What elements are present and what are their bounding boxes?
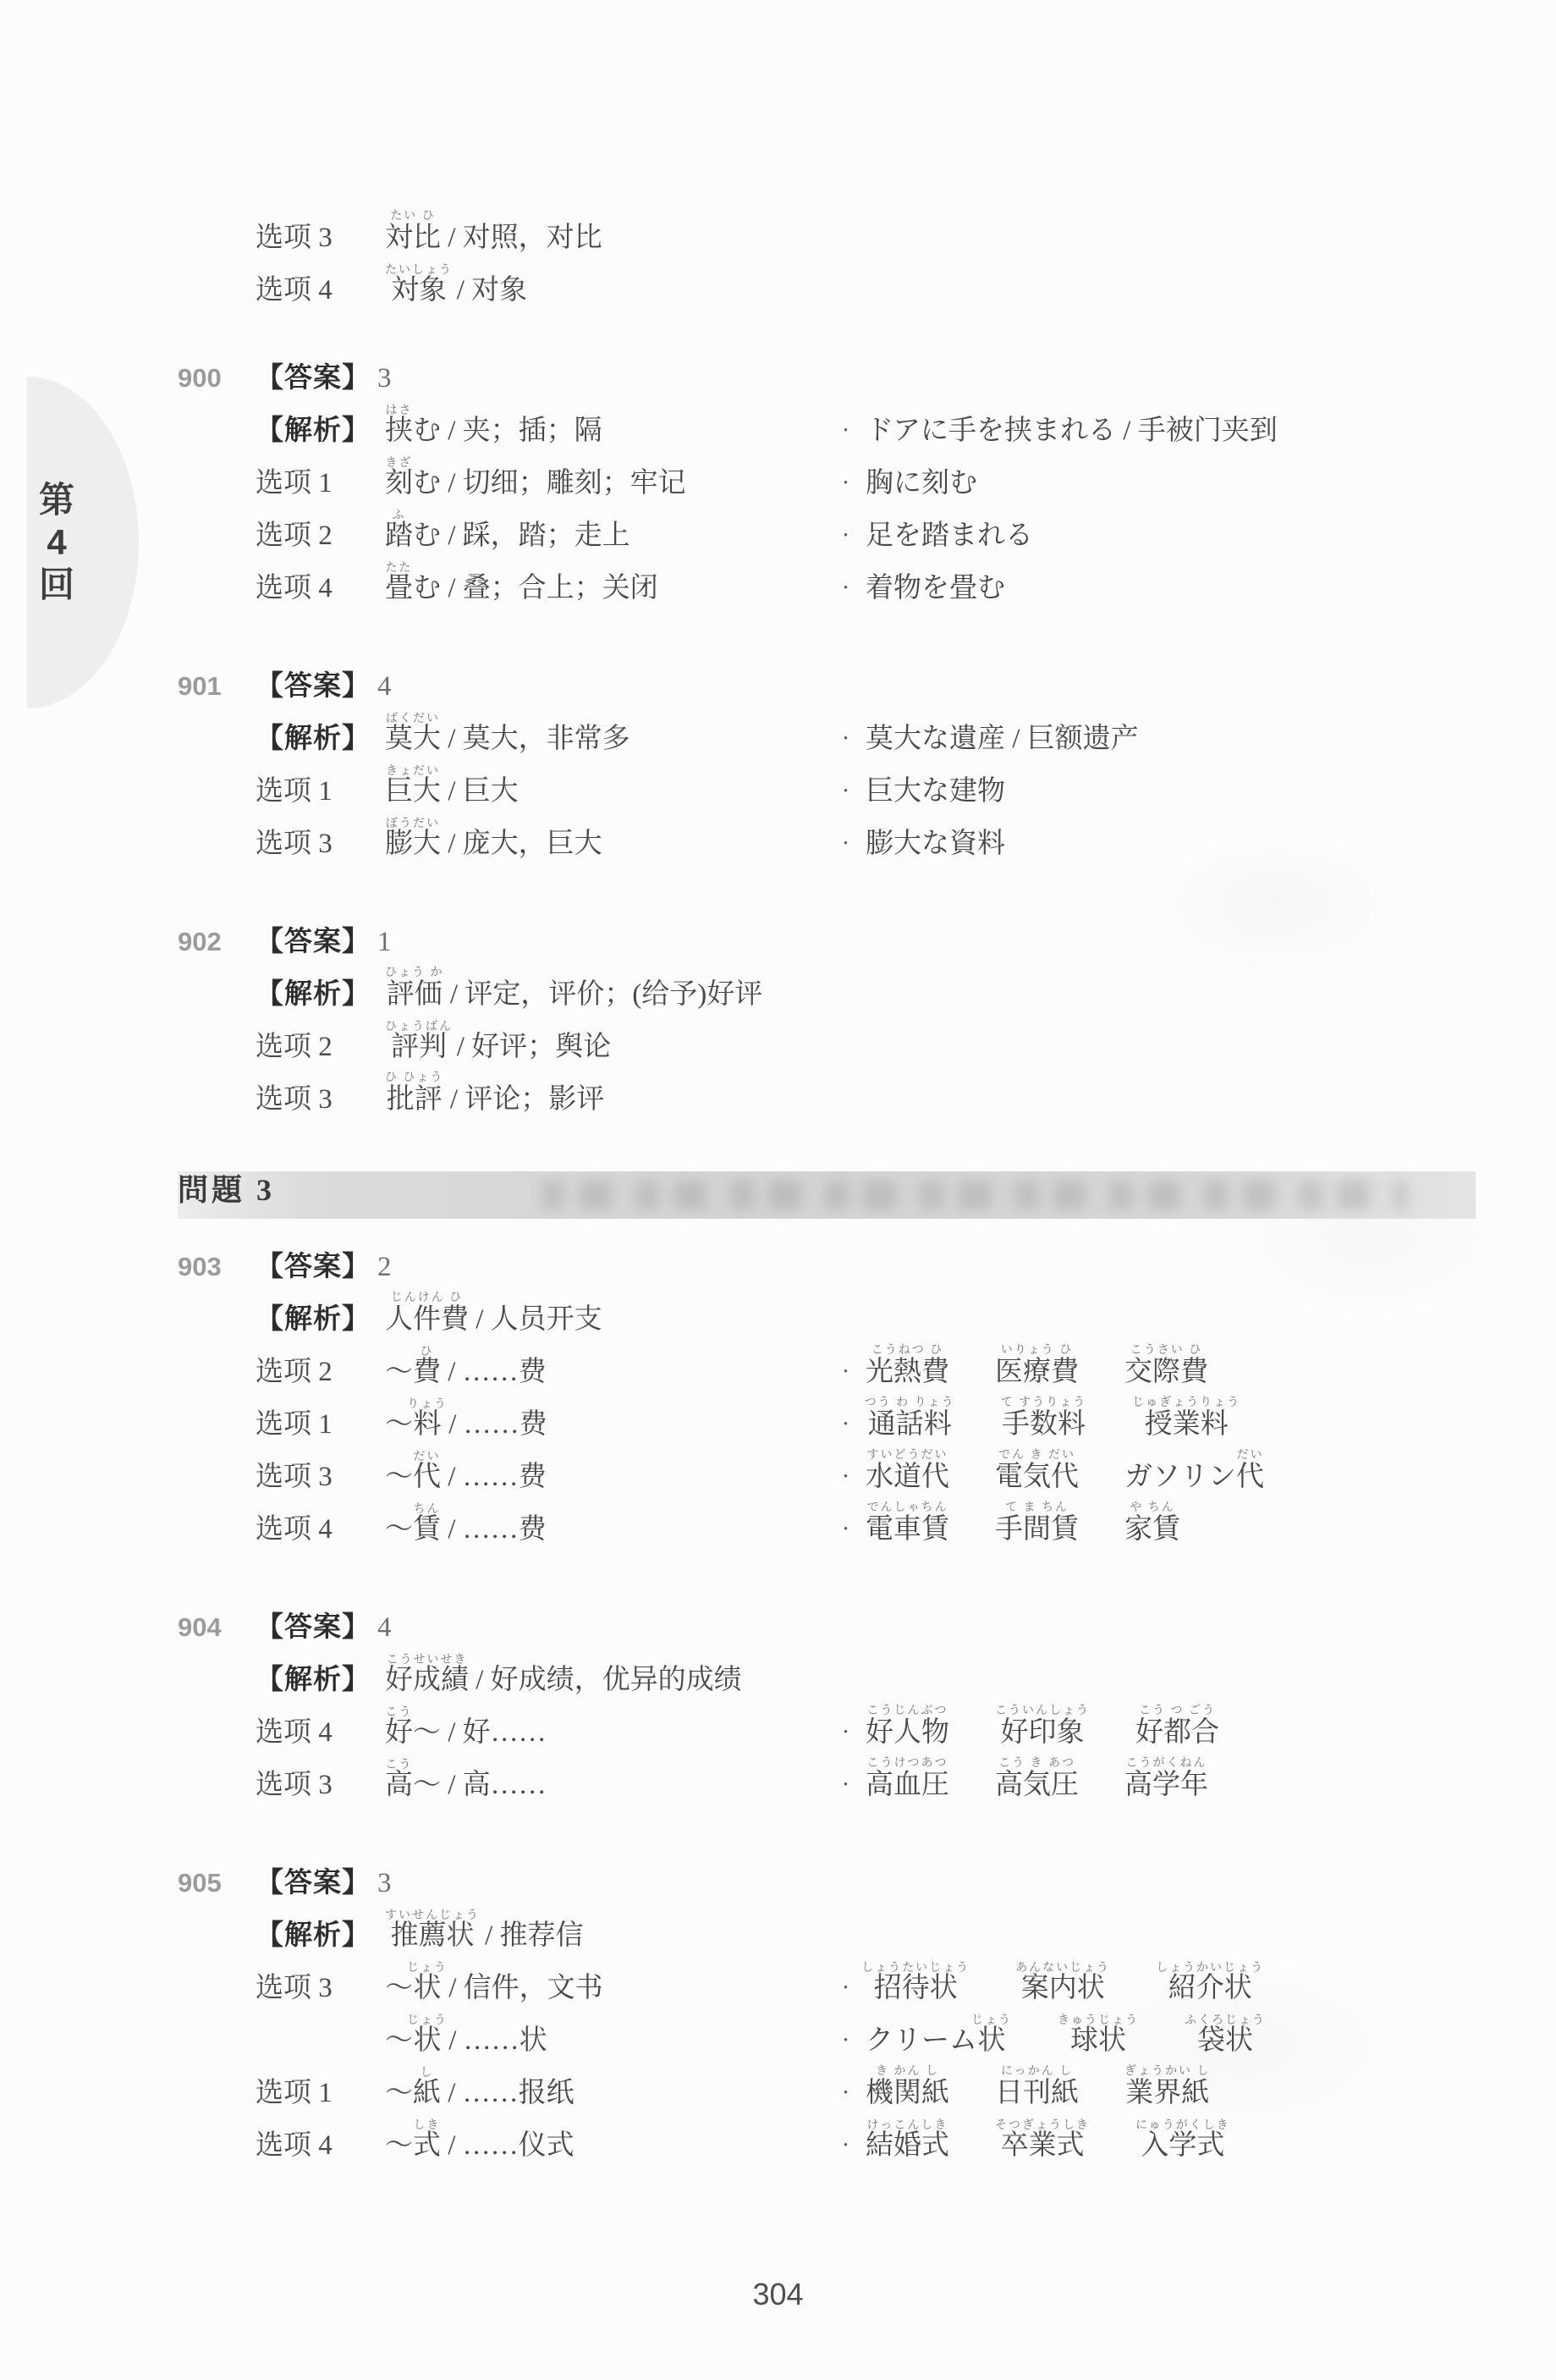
furigana: じんけん ひ	[385, 1292, 469, 1304]
answer-row: 905【答案】3	[178, 1854, 1506, 1901]
explanation-row: 【解析】莫大ばくだい / 莫大，非常多・莫大な遺産 / 巨额遗产	[178, 704, 1506, 757]
answer-label: 【答案】	[256, 363, 371, 394]
explanation-row: 选项 2評判ひょうばん / 好评；舆论	[178, 1012, 1506, 1065]
book-page: 第4回 选项 3対比たい ひ / 对照，对比选项 4対象たいしょう / 对象90…	[0, 0, 1556, 2380]
faded-text-artifact	[542, 1181, 1408, 1209]
bullet-icon: ・	[838, 2137, 854, 2155]
example-word: 卒業式そつぎょうしき	[995, 2130, 1090, 2161]
furigana: じょう	[407, 1962, 448, 1975]
example-word: 膨大な資料	[866, 829, 1005, 859]
headword-and-gloss: 好成績こうせいせき / 好成绩，优异的成绩	[385, 1665, 742, 1695]
answer-row: 900【答案】3	[178, 349, 1506, 396]
furigana: こうけつあつ	[866, 1757, 949, 1770]
explanation-line: 【解析】莫大ばくだい / 莫大，非常多	[178, 713, 630, 753]
bullet-icon: ・	[838, 1521, 854, 1539]
chapter-tab-char: 回	[39, 566, 74, 603]
headword-and-gloss: 巨大きょだい / 巨大	[385, 776, 519, 807]
ruby-word: 高こう	[385, 1770, 413, 1800]
example-word: 光熱費こうねつ ひ	[866, 1357, 949, 1387]
ruby-word: 状じょう	[413, 2025, 442, 2056]
answer-value: 3	[377, 1868, 392, 1898]
ruby-word: 手間賃て ま ちん	[995, 1514, 1079, 1545]
example-word: 日刊紙にっかん し	[995, 2078, 1079, 2108]
option-label: 选项 3	[256, 1771, 385, 1799]
furigana: つう わ りょう	[865, 1397, 955, 1409]
ruby-word: 評判ひょうばん	[385, 1032, 450, 1062]
example: ・ドアに手を挟まれる / 手被门夹到	[838, 417, 1278, 445]
plain-text: / ……状	[442, 2025, 547, 2056]
ruby-word: 式しき	[413, 2130, 441, 2161]
plain-text: 膨大な資料	[866, 829, 1005, 859]
bullet-icon: ・	[838, 1364, 854, 1381]
explanation-line: 选项 4～賃ちん / ……费	[178, 1503, 547, 1544]
ruby-word: 球状きゅうじょう	[1058, 2025, 1139, 2056]
explanation-line: 选项 1～紙し / ……报纸	[178, 2067, 575, 2107]
bullet-icon: ・	[838, 2085, 854, 2102]
example-word: 水道代すいどうだい	[866, 1462, 949, 1492]
ruby-word: 電車賃でんしゃちん	[866, 1514, 949, 1545]
example-word: 莫大な遺産 / 巨额遗产	[866, 724, 1139, 754]
ruby-word: 好都合こう つ ごう	[1135, 1717, 1219, 1748]
plain-text: / ……报纸	[441, 2078, 575, 2108]
furigana: そつぎょうしき	[995, 2119, 1090, 2132]
explanation-row: 选项 3膨大ぼうだい / 庞大，巨大・膨大な資料	[178, 809, 1506, 862]
plain-text: / ……仪式	[441, 2130, 575, 2161]
explanation-line: 选项 4好こう～ / 好……	[178, 1706, 547, 1747]
example-word: 高学年こうがくねん	[1124, 1770, 1208, 1800]
ruby-word: 好成績こうせいせき	[385, 1665, 469, 1695]
headword-and-gloss: ～式しき / ……仪式	[385, 2130, 575, 2161]
plain-text: / 好评；舆论	[450, 1032, 612, 1062]
ruby-word: 紙し	[413, 2078, 441, 2108]
plain-text: / ……费	[442, 1409, 547, 1440]
explanation-line: 【解析】人件費じんけん ひ / 人员开支	[178, 1292, 602, 1334]
example: ・通話料つう わ りょう手数料て すうりょう授業料じゅぎょうりょう	[838, 1397, 1240, 1439]
chapter-tab-char: 4	[47, 524, 66, 561]
furigana: でんしゃちん	[866, 1501, 949, 1514]
item-number: 902	[178, 928, 256, 955]
answer-value: 1	[377, 927, 392, 957]
furigana: しき	[413, 2119, 441, 2132]
ruby-word: 膨大ぼうだい	[385, 829, 441, 859]
answer-line: 904【答案】4	[178, 1614, 392, 1642]
plain-text: ドアに手を挟まれる / 手被门夹到	[866, 416, 1278, 446]
option-label: 选项 4	[256, 1516, 385, 1544]
ruby-word: 刻きざ	[385, 468, 413, 499]
ruby-word: 紹介状しょうかいじょう	[1156, 1973, 1264, 2003]
example: ・好人物こうじんぶつ好印象こういんしょう好都合こう つ ごう	[838, 1705, 1219, 1747]
headword-and-gloss: 評価ひょう か / 评定，评价；(给予)好评	[385, 979, 762, 1010]
plain-text: クリーム	[866, 2025, 977, 2056]
option-label: 选项 2	[256, 1358, 385, 1386]
plain-text: む / 夹；插；隔	[413, 416, 602, 446]
analysis-label: 【解析】	[256, 417, 385, 445]
example: ・膨大な資料	[838, 830, 1005, 858]
furigana: だい	[1236, 1449, 1264, 1462]
option-label: 选项 3	[256, 1086, 385, 1114]
chapter-tab-char: 第	[39, 482, 74, 519]
explanation-line: 【解析】挟はさむ / 夹；插；隔	[178, 405, 602, 445]
headword-and-gloss: 好こう～ / 好……	[385, 1717, 547, 1748]
answer-item: 902【答案】1【解析】評価ひょう か / 评定，评价；(给予)好评选项 2評判…	[178, 912, 1506, 1117]
furigana: にっかん し	[995, 2065, 1079, 2078]
furigana: こうせいせき	[385, 1654, 469, 1667]
plain-text: 胸に刻む	[866, 468, 977, 499]
example-word: 電気代でん き だい	[995, 1462, 1079, 1492]
example-word: 手間賃て ま ちん	[995, 1514, 1079, 1545]
explanation-line: 选项 1巨大きょだい / 巨大	[178, 765, 519, 806]
furigana: たいしょう	[385, 264, 453, 277]
furigana: こう	[385, 1759, 413, 1771]
analysis-label: 【解析】	[256, 725, 385, 753]
ruby-word: 畳たた	[385, 573, 413, 603]
example-word: ガソリン代だい	[1124, 1462, 1264, 1492]
headword-and-gloss: ～紙し / ……报纸	[385, 2078, 575, 2108]
explanation-row: 选项 4好こう～ / 好……・好人物こうじんぶつ好印象こういんしょう好都合こう …	[178, 1698, 1506, 1750]
option-label: 选项 3	[256, 224, 385, 252]
example-word: ドアに手を挟まれる / 手被门夹到	[866, 416, 1278, 446]
furigana: ふくろじょう	[1185, 2014, 1266, 2027]
plain-text: / 巨大	[441, 776, 519, 807]
explanation-row: 【解析】評価ひょう か / 评定，评价；(给予)好评	[178, 960, 1506, 1012]
furigana: すいどうだい	[866, 1449, 949, 1462]
furigana: きざ	[385, 457, 413, 470]
answer-item: 904【答案】4【解析】好成績こうせいせき / 好成绩，优异的成绩选项 4好こう…	[178, 1598, 1506, 1803]
answer-line: 905【答案】3	[178, 1870, 392, 1898]
headword-and-gloss: ～料りょう / ……费	[385, 1409, 547, 1440]
answer-item: 901【答案】4【解析】莫大ばくだい / 莫大，非常多・莫大な遺産 / 巨额遗产…	[178, 657, 1506, 862]
example-word: 胸に刻む	[866, 468, 977, 499]
ruby-word: 状じょう	[413, 1973, 442, 2003]
option-label: 选项 1	[256, 2080, 385, 2107]
ruby-word: 授業料じゅぎょうりょう	[1132, 1409, 1240, 1440]
ruby-word: 挟はさ	[385, 416, 413, 446]
example-word: 招待状しょうたいじょう	[866, 1973, 970, 2003]
plain-text: 莫大な遺産 / 巨额遗产	[866, 724, 1139, 754]
explanation-line: 选项 2踏ふむ / 踩，踏；走上	[178, 510, 630, 550]
bullet-icon: ・	[838, 1416, 854, 1434]
ruby-word: 莫大ばくだい	[385, 724, 441, 754]
ruby-word: 家賃や ちん	[1124, 1514, 1180, 1545]
answer-item: 905【答案】3【解析】推薦状すいせんじょう / 推荐信选项 3～状じょう / …	[178, 1854, 1506, 2163]
example-word: 高血圧こうけつあつ	[866, 1770, 949, 1800]
bullet-icon: ・	[838, 835, 854, 853]
analysis-label: 【解析】	[256, 1306, 385, 1334]
furigana: ひょう か	[385, 967, 444, 979]
ruby-word: 日刊紙にっかん し	[995, 2078, 1079, 2108]
furigana: や ちん	[1124, 1501, 1180, 1514]
answer-row: 902【答案】1	[178, 912, 1506, 960]
example-word: 高気圧こう き あつ	[995, 1770, 1079, 1800]
answer-key-content: 选项 3対比たい ひ / 对照，对比选项 4対象たいしょう / 对象900【答案…	[178, 203, 1506, 2214]
answer-item: 903【答案】2【解析】人件費じんけん ひ / 人员开支选项 2～費ひ / ………	[178, 1237, 1506, 1547]
example-word: 好人物こうじんぶつ	[866, 1717, 949, 1748]
ruby-word: 巨大きょだい	[385, 776, 441, 807]
example: ・胸に刻む	[838, 470, 977, 498]
example-word: 電車賃でんしゃちん	[866, 1514, 949, 1545]
ruby-word: 批評ひ ひょう	[385, 1084, 443, 1115]
analysis-label: 【解析】	[256, 1922, 385, 1950]
bullet-icon: ・	[838, 730, 854, 748]
furigana: いりょう ひ	[995, 1344, 1079, 1357]
ruby-word: 好人物こうじんぶつ	[866, 1717, 949, 1748]
example: ・招待状しょうたいじょう案内状あんないじょう紹介状しょうかいじょう	[838, 1962, 1264, 2003]
answer-value: 3	[377, 363, 392, 394]
example: ・着物を畳む	[838, 575, 1005, 603]
explanation-line: 选项 3～状じょう / 信件，文书	[178, 1962, 603, 2003]
furigana: こうねつ ひ	[866, 1344, 949, 1357]
example-word: 機関紙き かん し	[866, 2078, 949, 2108]
option-label: 选项 4	[256, 575, 385, 603]
ruby-word: 費ひ	[413, 1357, 441, 1387]
furigana: ひ	[413, 1346, 441, 1358]
headword-and-gloss: 対比たい ひ / 对照，对比	[385, 223, 602, 253]
furigana: りょう	[407, 1398, 448, 1411]
ruby-word: 交際費こうさい ひ	[1124, 1357, 1208, 1387]
ruby-word: 評価ひょう か	[385, 979, 443, 1010]
furigana: にゅうがくしき	[1135, 2119, 1230, 2132]
furigana: こういんしょう	[995, 1705, 1090, 1717]
headword-and-gloss: 人件費じんけん ひ / 人员开支	[385, 1304, 602, 1335]
option-label: 选项 3	[256, 1463, 385, 1491]
explanation-row: 【解析】人件費じんけん ひ / 人员开支	[178, 1285, 1506, 1337]
answer-line: 903【答案】2	[178, 1253, 392, 1281]
option-label: 选项 2	[256, 522, 385, 550]
furigana: ばくだい	[385, 713, 441, 725]
example-word: 案内状あんないじょう	[1015, 1973, 1110, 2003]
explanation-line: 选项 1～料りょう / ……费	[178, 1398, 547, 1439]
problem-header-label: 問題 3	[178, 1175, 275, 1205]
explanation-line: 【解析】評価ひょう か / 评定，评价；(给予)好评	[178, 967, 762, 1009]
explanation-row: 选项 1刻きざむ / 切细；雕刻；牢记・胸に刻む	[178, 449, 1506, 501]
furigana: けっこんしき	[866, 2119, 949, 2132]
ruby-word: 業界紙ぎょうかい し	[1124, 2078, 1211, 2108]
furigana: はさ	[385, 405, 413, 417]
headword-and-gloss: 対象たいしょう / 对象	[385, 275, 527, 306]
problem-header: 問題 3	[178, 1171, 1476, 1219]
analysis-label: 【解析】	[256, 1667, 385, 1694]
plain-text: / 庞大，巨大	[441, 829, 602, 859]
furigana: あんないじょう	[1015, 1962, 1110, 1975]
example-word: クリーム状じょう	[866, 2025, 1012, 2056]
example-word: 家賃や ちん	[1124, 1514, 1180, 1545]
plain-text: 着物を畳む	[866, 573, 1005, 603]
furigana: たた	[385, 562, 413, 575]
ruby-word: 手数料て すうりょう	[1001, 1409, 1087, 1440]
answer-value: 4	[377, 1612, 392, 1643]
option-label: 选项 3	[256, 830, 385, 858]
ruby-word: 賃ちん	[413, 1514, 441, 1545]
explanation-line: 选项 3膨大ぼうだい / 庞大，巨大	[178, 818, 602, 858]
answer-line: 901【答案】4	[178, 673, 392, 701]
ruby-word: 水道代すいどうだい	[866, 1462, 949, 1492]
plain-text: 巨大な建物	[866, 776, 1005, 807]
plain-text: ～	[385, 1462, 413, 1492]
ruby-word: 好印象こういんしょう	[995, 1717, 1090, 1748]
example-word: 入学式にゅうがくしき	[1135, 2130, 1230, 2161]
item-number: 903	[178, 1253, 256, 1280]
option-label: 选项 4	[256, 277, 385, 305]
furigana: でん き だい	[995, 1449, 1079, 1462]
headword-and-gloss: 畳たたむ / 叠；合上；关闭	[385, 573, 658, 603]
explanation-line: 选项 3高こう～ / 高……	[178, 1759, 547, 1799]
furigana: こう つ ごう	[1135, 1705, 1219, 1717]
item-number: 901	[178, 673, 256, 699]
ruby-word: 高学年こうがくねん	[1124, 1770, 1208, 1800]
furigana: じゅぎょうりょう	[1132, 1397, 1240, 1409]
explanation-row: 选项 2～費ひ / ……费・光熱費こうねつ ひ医療費いりょう ひ交際費こうさい …	[178, 1337, 1506, 1390]
example-word: 好都合こう つ ごう	[1135, 1717, 1219, 1748]
plain-text: / ……费	[441, 1514, 547, 1545]
example: ・光熱費こうねつ ひ医療費いりょう ひ交際費こうさい ひ	[838, 1344, 1208, 1386]
headword-and-gloss: 挟はさむ / 夹；插；隔	[385, 416, 602, 446]
plain-text: / ……费	[441, 1462, 547, 1492]
explanation-row: 选项 4～式しき / ……仪式・結婚式けっこんしき卒業式そつぎょうしき入学式にゅ…	[178, 2111, 1506, 2163]
ruby-word: 通話料つう わ りょう	[866, 1409, 955, 1440]
explanation-row: 选项 2踏ふむ / 踩，踏；走上・足を踏まれる	[178, 501, 1506, 554]
ruby-word: 卒業式そつぎょうしき	[995, 2130, 1090, 2161]
ruby-word: 高血圧こうけつあつ	[866, 1770, 949, 1800]
example: ・高血圧こうけつあつ高気圧こう き あつ高学年こうがくねん	[838, 1757, 1208, 1799]
headword-and-gloss: 刻きざむ / 切细；雕刻；牢记	[385, 468, 686, 499]
headword-and-gloss: 批評ひ ひょう / 评论；影评	[385, 1084, 604, 1115]
explanation-line: 选项 2～費ひ / ……费	[178, 1346, 547, 1386]
option-label: 选项 1	[256, 1411, 385, 1439]
bullet-icon: ・	[838, 1777, 854, 1794]
example-word: 業界紙ぎょうかい し	[1124, 2078, 1211, 2108]
furigana: しょうかいじょう	[1156, 1962, 1264, 1975]
answer-value: 2	[377, 1252, 392, 1282]
answer-line: 900【答案】3	[178, 365, 392, 393]
bullet-icon: ・	[838, 1980, 854, 1997]
ruby-word: 入学式にゅうがくしき	[1135, 2130, 1230, 2161]
answer-label: 【答案】	[256, 1868, 371, 1898]
furigana: ちん	[413, 1503, 441, 1516]
explanation-row: 选项 3～状じょう / 信件，文书・招待状しょうたいじょう案内状あんないじょう紹…	[178, 1953, 1506, 2006]
bullet-icon: ・	[838, 475, 854, 493]
bullet-icon: ・	[838, 783, 854, 801]
option-label: 选项 2	[256, 1033, 385, 1061]
headword-and-gloss: ～状じょう / ……状	[385, 2025, 547, 2056]
explanation-row: 【解析】挟はさむ / 夹；插；隔・ドアに手を挟まれる / 手被门夹到	[178, 396, 1506, 449]
answer-label: 【答案】	[256, 671, 371, 702]
answer-item: 900【答案】3【解析】挟はさむ / 夹；插；隔・ドアに手を挟まれる / 手被门…	[178, 349, 1506, 606]
option-label: 选项 4	[256, 1719, 385, 1747]
explanation-row: 选项 4～賃ちん / ……费・電車賃でんしゃちん手間賃て ま ちん家賃や ちん	[178, 1495, 1506, 1547]
plain-text: 足を踏まれる	[866, 521, 1033, 551]
ruby-word: 医療費いりょう ひ	[995, 1357, 1079, 1387]
explanation-row: 选项 3対比たい ひ / 对照，对比	[178, 203, 1506, 256]
chapter-tab: 第4回	[27, 377, 139, 708]
plain-text: ～	[385, 2130, 413, 2161]
item-number: 905	[178, 1870, 256, 1896]
plain-text: / ……费	[441, 1357, 547, 1387]
ruby-word: 高気圧こう き あつ	[995, 1770, 1079, 1800]
explanation-row: 【解析】好成績こうせいせき / 好成绩，优异的成绩	[178, 1645, 1506, 1698]
plain-text: / 推荐信	[478, 1920, 584, 1951]
ruby-word: 招待状しょうたいじょう	[866, 1973, 970, 2003]
headword-and-gloss: ～代だい / ……费	[385, 1462, 547, 1492]
plain-text: / 评论；影评	[443, 1084, 605, 1115]
headword-and-gloss: ～賃ちん / ……费	[385, 1514, 547, 1545]
furigana: こうじんぶつ	[866, 1705, 949, 1717]
answer-label: 【答案】	[256, 1612, 371, 1643]
plain-text: / 对照，对比	[441, 223, 602, 253]
furigana: きゅうじょう	[1058, 2014, 1139, 2027]
ruby-word: 電気代でん き だい	[995, 1462, 1079, 1492]
explanation-line: 选项 2評判ひょうばん / 好评；舆论	[178, 1021, 611, 1061]
furigana: ふ	[385, 510, 413, 522]
ruby-word: 結婚式けっこんしき	[866, 2130, 949, 2161]
example-word: 足を踏まれる	[866, 521, 1033, 551]
answer-label: 【答案】	[256, 1252, 371, 1282]
example-word: 巨大な建物	[866, 776, 1005, 807]
answer-row: 904【答案】4	[178, 1598, 1506, 1645]
headword-and-gloss: 莫大ばくだい / 莫大，非常多	[385, 724, 630, 754]
headword-and-gloss: 推薦状すいせんじょう / 推荐信	[385, 1920, 584, 1951]
explanation-line: 选项 3対比たい ひ / 对照，对比	[178, 210, 602, 252]
answer-label: 【答案】	[256, 927, 371, 957]
headword-and-gloss: ～状じょう / 信件，文书	[385, 1973, 603, 2003]
ruby-word: 対象たいしょう	[385, 275, 450, 306]
answer-line: 902【答案】1	[178, 928, 392, 956]
ruby-word: 光熱費こうねつ ひ	[866, 1357, 949, 1387]
explanation-line: 选项 1刻きざむ / 切细；雕刻；牢记	[178, 457, 686, 498]
example-word: 球状きゅうじょう	[1058, 2025, 1139, 2056]
example-word: 結婚式けっこんしき	[866, 2130, 949, 2161]
plain-text: む / 切细；雕刻；牢记	[413, 468, 686, 499]
ruby-word: 代だい	[1236, 1462, 1264, 1492]
example: ・結婚式けっこんしき卒業式そつぎょうしき入学式にゅうがくしき	[838, 2119, 1230, 2160]
plain-text: む / 踩，踏；走上	[413, 521, 630, 551]
example: ・クリーム状じょう球状きゅうじょう袋状ふくろじょう	[838, 2014, 1266, 2055]
example: ・巨大な建物	[838, 778, 1005, 806]
item-number: 904	[178, 1614, 256, 1640]
bullet-icon: ・	[838, 1468, 854, 1486]
explanation-row: 选项 4対象たいしょう / 对象	[178, 256, 1506, 308]
plain-text: / 好成绩，优异的成绩	[469, 1665, 742, 1695]
example: ・水道代すいどうだい電気代でん き だいガソリン代だい	[838, 1449, 1264, 1491]
ruby-word: 料りょう	[413, 1409, 442, 1440]
explanation-line: 【解析】推薦状すいせんじょう / 推荐信	[178, 1909, 584, 1950]
example: ・機関紙き かん し日刊紙にっかん し業界紙ぎょうかい し	[838, 2065, 1211, 2107]
furigana: ぎょうかい し	[1124, 2065, 1211, 2078]
explanation-row: 选项 1巨大きょだい / 巨大・巨大な建物	[178, 757, 1506, 809]
plain-text: / 莫大，非常多	[441, 724, 630, 754]
headword-and-gloss: 評判ひょうばん / 好评；舆论	[385, 1032, 611, 1062]
ruby-word: 代だい	[413, 1462, 441, 1492]
ruby-word: 好こう	[385, 1717, 413, 1748]
plain-text: / 对象	[450, 275, 528, 306]
bullet-icon: ・	[838, 2032, 854, 2050]
furigana: たい ひ	[385, 210, 441, 223]
example-word: 着物を畳む	[866, 573, 1005, 603]
options-continuation: 选项 3対比たい ひ / 对照，对比选项 4対象たいしょう / 对象	[178, 203, 1506, 308]
furigana: こう き あつ	[995, 1757, 1079, 1770]
explanation-row: ～状じょう / ……状・クリーム状じょう球状きゅうじょう袋状ふくろじょう	[178, 2006, 1506, 2058]
furigana: て ま ちん	[995, 1501, 1079, 1514]
bullet-icon: ・	[838, 422, 854, 440]
example: ・足を踏まれる	[838, 522, 1033, 550]
plain-text: / 评定，评价；(给予)好评	[443, 979, 763, 1010]
example-word: 手数料て すうりょう	[1001, 1409, 1087, 1440]
chapter-tab-label: 第4回	[39, 482, 74, 603]
option-label: 选项 4	[256, 2132, 385, 2160]
bullet-icon: ・	[838, 580, 854, 598]
explanation-row: 选项 3高こう～ / 高……・高血圧こうけつあつ高気圧こう き あつ高学年こうが…	[178, 1750, 1506, 1803]
plain-text: む / 叠；合上；关闭	[413, 573, 658, 603]
plain-text: ～ / 高……	[413, 1770, 547, 1800]
